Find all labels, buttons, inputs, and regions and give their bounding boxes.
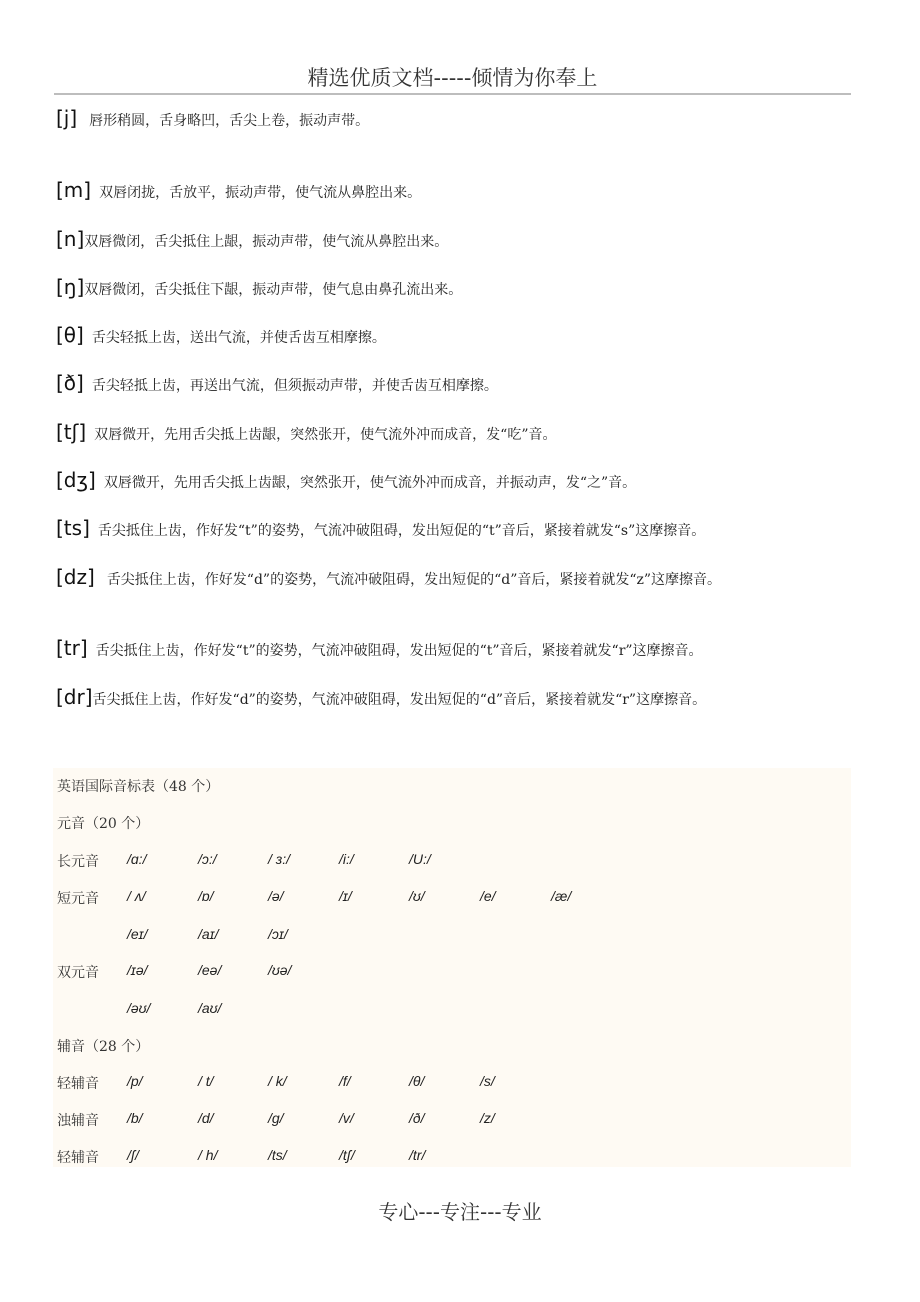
ipa-cell: /p/ bbox=[127, 1073, 143, 1089]
phoneme-line-dz: [dz] 舌尖抵住上齿，作好发“d”的姿势，气流冲破阻碍，发出短促的“d”音后，… bbox=[56, 565, 721, 589]
ipa-cell: /eə/ bbox=[198, 962, 221, 978]
ipa-cell: /d/ bbox=[198, 1110, 214, 1126]
ipa-cell: /ə/ bbox=[268, 888, 284, 904]
ipa-cell: /ʃ/ bbox=[127, 1147, 139, 1163]
phoneme-description: 双唇微闭，舌尖抵住上龈，振动声带，使气流从鼻腔出来。 bbox=[84, 231, 448, 251]
phoneme-description: 双唇微闭，舌尖抵住下龈，振动声带，使气息由鼻孔流出来。 bbox=[84, 279, 462, 299]
ipa-cell: / ɜ:/ bbox=[268, 851, 290, 867]
vowels-heading: 元音（20 个） bbox=[57, 813, 149, 833]
phoneme-symbol: [n] bbox=[56, 227, 84, 251]
ipa-cell: /eɪ/ bbox=[127, 926, 148, 942]
ipa-cell: /əʊ/ bbox=[127, 1000, 150, 1016]
phoneme-description: 双唇微开，先用舌尖抵上齿龈，突然张开，使气流外冲而成音，并振动声，发“之”音。 bbox=[104, 472, 636, 492]
ipa-cell: /ʊ/ bbox=[409, 888, 425, 904]
phoneme-symbol: [j] bbox=[56, 106, 77, 130]
ipa-cell: /ɪ/ bbox=[339, 888, 352, 904]
ipa-cell: /tʃ/ bbox=[339, 1147, 355, 1163]
phoneme-symbol: [m] bbox=[56, 178, 91, 202]
row-label: 轻辅音 bbox=[57, 1147, 99, 1167]
ipa-cell: / t/ bbox=[198, 1073, 214, 1089]
ipa-cell: /v/ bbox=[339, 1110, 354, 1126]
phoneme-symbol: [θ] bbox=[56, 323, 84, 347]
ipa-cell: /tr/ bbox=[409, 1147, 425, 1163]
phoneme-line-theta: [θ] 舌尖轻抵上齿，送出气流，并使舌齿互相摩擦。 bbox=[56, 323, 386, 347]
page-header: 精选优质文档-----倾情为你奉上 bbox=[54, 62, 851, 94]
ipa-cell: / k/ bbox=[268, 1073, 287, 1089]
ipa-cell: /ʊə/ bbox=[268, 962, 291, 978]
phoneme-description: 双唇微开，先用舌尖抵上齿龈，突然张开，使气流外冲而成音，发“吃”音。 bbox=[94, 424, 556, 444]
row-label: 短元音 bbox=[57, 888, 99, 908]
phoneme-line-eth: [ð] 舌尖轻抵上齿，再送出气流，但须振动声带，并使舌齿互相摩擦。 bbox=[56, 371, 498, 395]
ipa-cell: /e/ bbox=[480, 888, 496, 904]
ipa-cell: /aʊ/ bbox=[198, 1000, 221, 1016]
phoneme-description: 舌尖轻抵上齿，送出气流，并使舌齿互相摩擦。 bbox=[92, 327, 386, 347]
ipa-cell: /i:/ bbox=[339, 851, 354, 867]
phoneme-description: 舌尖抵住上齿，作好发“t”的姿势，气流冲破阻碍，发出短促的“t”音后，紧接着就发… bbox=[96, 640, 703, 660]
phoneme-description: 舌尖轻抵上齿，再送出气流，但须振动声带，并使舌齿互相摩擦。 bbox=[92, 375, 498, 395]
ipa-cell: /ɒ/ bbox=[198, 888, 214, 904]
ipa-cell: /ɪə/ bbox=[127, 962, 148, 978]
phoneme-line-ng: [ŋ] 双唇微闭，舌尖抵住下龈，振动声带，使气息由鼻孔流出来。 bbox=[56, 275, 462, 299]
row-label: 浊辅音 bbox=[57, 1110, 99, 1130]
ipa-table: 英语国际音标表（48 个） 元音（20 个） 长元音 /ɑ:/ /ɔ:/ / ɜ… bbox=[53, 768, 851, 1167]
ipa-cell: /g/ bbox=[268, 1110, 284, 1126]
phoneme-description: 唇形稍圆，舌身略凹，舌尖上卷，振动声带。 bbox=[89, 110, 369, 130]
phoneme-line-m: [m] 双唇闭拢，舌放平，振动声带，使气流从鼻腔出来。 bbox=[56, 178, 421, 202]
ipa-cell: / h/ bbox=[198, 1147, 217, 1163]
phoneme-symbol: [ð] bbox=[56, 371, 84, 395]
row-label: 轻辅音 bbox=[57, 1073, 99, 1093]
phoneme-line-j: [j] 唇形稍圆，舌身略凹，舌尖上卷，振动声带。 bbox=[56, 106, 369, 130]
ipa-cell: /ɔ:/ bbox=[198, 851, 217, 867]
phoneme-description: 舌尖抵住上齿，作好发“d”的姿势，气流冲破阻碍，发出短促的“d”音后，紧接着就发… bbox=[107, 569, 721, 589]
phoneme-symbol: [ŋ] bbox=[56, 275, 84, 299]
phoneme-symbol: [tʃ] bbox=[56, 420, 86, 444]
ipa-cell: /f/ bbox=[339, 1073, 351, 1089]
ipa-table-title: 英语国际音标表（48 个） bbox=[57, 776, 219, 796]
ipa-cell: / ʌ/ bbox=[127, 888, 146, 904]
phoneme-symbol: [ts] bbox=[56, 516, 90, 540]
phoneme-line-tr: [tr] 舌尖抵住上齿，作好发“t”的姿势，气流冲破阻碍，发出短促的“t”音后，… bbox=[56, 636, 703, 660]
page-footer: 专心---专注---专业 bbox=[0, 1196, 920, 1225]
ipa-cell: /U:/ bbox=[409, 851, 431, 867]
phoneme-symbol: [dr] bbox=[56, 685, 93, 709]
phoneme-line-tsh: [tʃ] 双唇微开，先用舌尖抵上齿龈，突然张开，使气流外冲而成音，发“吃”音。 bbox=[56, 420, 556, 444]
ipa-cell: /s/ bbox=[480, 1073, 495, 1089]
ipa-cell: /ɔɪ/ bbox=[268, 926, 288, 942]
row-label: 长元音 bbox=[57, 851, 99, 871]
ipa-cell: /æ/ bbox=[551, 888, 571, 904]
phoneme-symbol: [dʒ] bbox=[56, 468, 96, 492]
phoneme-symbol: [tr] bbox=[56, 636, 88, 660]
phoneme-line-dzh: [dʒ] 双唇微开，先用舌尖抵上齿龈，突然张开，使气流外冲而成音，并振动声，发“… bbox=[56, 468, 636, 492]
phoneme-line-dr: [dr] 舌尖抵住上齿，作好发“d”的姿势，气流冲破阻碍，发出短促的“d”音后，… bbox=[56, 685, 706, 709]
phoneme-description: 双唇闭拢，舌放平，振动声带，使气流从鼻腔出来。 bbox=[99, 182, 421, 202]
phoneme-description: 舌尖抵住上齿，作好发“d”的姿势，气流冲破阻碍，发出短促的“d”音后，紧接着就发… bbox=[93, 689, 707, 709]
consonants-heading: 辅音（28 个） bbox=[57, 1036, 149, 1056]
ipa-cell: /z/ bbox=[480, 1110, 495, 1126]
row-label: 双元音 bbox=[57, 962, 99, 982]
ipa-cell: /ɑ:/ bbox=[127, 851, 146, 867]
phoneme-description: 舌尖抵住上齿，作好发“t”的姿势，气流冲破阻碍，发出短促的“t”音后，紧接着就发… bbox=[98, 520, 705, 540]
phoneme-line-n: [n] 双唇微闭，舌尖抵住上龈，振动声带，使气流从鼻腔出来。 bbox=[56, 227, 448, 251]
phoneme-line-ts: [ts] 舌尖抵住上齿，作好发“t”的姿势，气流冲破阻碍，发出短促的“t”音后，… bbox=[56, 516, 705, 540]
header-rule bbox=[54, 93, 851, 95]
ipa-cell: /ð/ bbox=[409, 1110, 425, 1126]
ipa-cell: /ts/ bbox=[268, 1147, 287, 1163]
ipa-cell: /θ/ bbox=[409, 1073, 424, 1089]
ipa-cell: /b/ bbox=[127, 1110, 143, 1126]
ipa-cell: /aɪ/ bbox=[198, 926, 219, 942]
phoneme-symbol: [dz] bbox=[56, 565, 95, 589]
